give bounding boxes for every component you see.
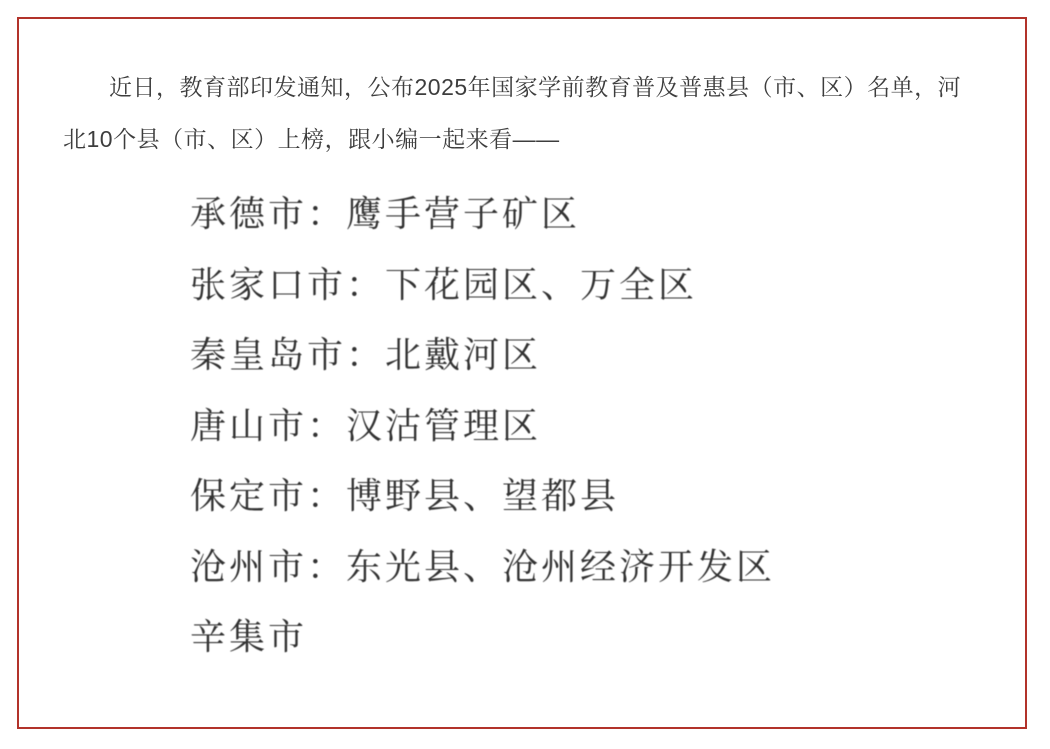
list-line-tangshan: 唐山市：汉沽管理区 (190, 391, 985, 462)
award-list-image: 承德市：鹰手营子矿区 张家口市：下花园区、万全区 秦皇岛市：北戴河区 唐山市：汉… (190, 179, 985, 673)
content-frame: 近日，教育部印发通知，公布2025年国家学前教育普及普惠县（市、区）名单，河北1… (17, 17, 1027, 729)
list-line-baoding: 保定市：博野县、望都县 (190, 461, 985, 532)
list-line-qinhuangdao: 秦皇岛市：北戴河区 (190, 320, 985, 391)
article-page: 近日，教育部印发通知，公布2025年国家学前教育普及普惠县（市、区）名单，河北1… (0, 0, 1050, 749)
list-line-cangzhou: 沧州市：东光县、沧州经济开发区 (190, 532, 985, 603)
list-line-chengde: 承德市：鹰手营子矿区 (190, 179, 985, 250)
list-line-zhangjiakou: 张家口市：下花园区、万全区 (190, 250, 985, 321)
list-line-xinji: 辛集市 (190, 602, 985, 673)
intro-paragraph: 近日，教育部印发通知，公布2025年国家学前教育普及普惠县（市、区）名单，河北1… (63, 61, 981, 165)
